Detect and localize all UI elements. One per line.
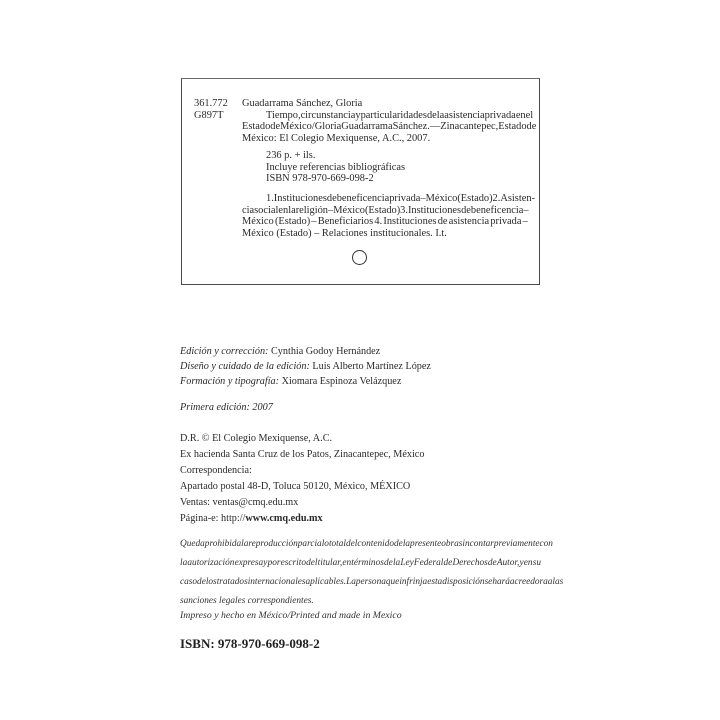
sales-line: Ventas: ventas@cmq.edu.mx bbox=[180, 495, 424, 511]
word: Derechos bbox=[452, 554, 487, 573]
card-notes: 236 p. + ils. Incluye referencias biblio… bbox=[266, 150, 405, 185]
word: beneficencia bbox=[337, 193, 390, 205]
word: infrinja bbox=[399, 573, 427, 592]
word: parcial bbox=[298, 535, 325, 554]
credit-typesetting: Formación y tipografía: Xiomara Espinoza… bbox=[180, 374, 431, 389]
word: Estado bbox=[498, 121, 526, 133]
catalog-card: 361.772 G897T Guadarrama Sánchez, Gloria… bbox=[181, 78, 540, 285]
word: asistencia bbox=[444, 110, 484, 122]
word: obra bbox=[441, 535, 459, 554]
word: por bbox=[268, 554, 281, 573]
word: México bbox=[426, 193, 458, 205]
word: persona bbox=[356, 573, 386, 592]
word: tratados bbox=[217, 573, 248, 592]
word: Guadarrama bbox=[341, 121, 392, 133]
legal-line: laautorizaciónexpresayporescritodeltitul… bbox=[180, 554, 541, 573]
credit-value: Luis Alberto Martínez López bbox=[312, 361, 431, 372]
credit-editing: Edición y corrección: Cynthia Godoy Hern… bbox=[180, 344, 431, 359]
web-url[interactable]: www.cmq.edu.mx bbox=[245, 513, 322, 524]
web-line: Página-e: http://www.cmq.edu.mx bbox=[180, 511, 424, 527]
word: total bbox=[329, 535, 346, 554]
legal-notice: Quedaprohibidalareproducciónparcialotota… bbox=[180, 535, 541, 611]
word: la bbox=[180, 554, 187, 573]
web-label: Página-e: http:// bbox=[180, 513, 245, 524]
word: 4. bbox=[374, 216, 382, 228]
word: privada bbox=[485, 110, 516, 122]
call-number-class: 361.772 bbox=[194, 98, 228, 110]
word: del bbox=[346, 535, 357, 554]
word: Queda bbox=[180, 535, 205, 554]
word: particularidades bbox=[361, 110, 427, 122]
word: Asisten- bbox=[500, 193, 535, 205]
subject-line: México (Estado) – Relaciones institucion… bbox=[242, 228, 528, 240]
call-number-cutter: G897T bbox=[194, 110, 228, 122]
word: términos bbox=[351, 554, 384, 573]
word: de bbox=[197, 573, 206, 592]
legal-line: sanciones legales correspondientes. bbox=[180, 592, 541, 611]
word: Instituciones bbox=[383, 216, 436, 228]
legal-line: Quedaprohibidalareproducciónparcialotota… bbox=[180, 535, 541, 554]
word: con bbox=[540, 535, 553, 554]
word: contenido bbox=[357, 535, 394, 554]
word: hará bbox=[492, 573, 510, 592]
word: La bbox=[346, 573, 356, 592]
word: Beneficiarios bbox=[318, 216, 373, 228]
word: la bbox=[288, 205, 296, 217]
word: previamente bbox=[494, 535, 540, 554]
word: México bbox=[280, 121, 312, 133]
word: – bbox=[523, 216, 528, 228]
credit-value: Cynthia Godoy Hernández bbox=[271, 346, 380, 357]
word: titular, bbox=[318, 554, 343, 573]
word: caso bbox=[180, 573, 197, 592]
credit-value: Xiomara Espinoza Velázquez bbox=[282, 376, 402, 387]
word: en bbox=[342, 554, 351, 573]
main-entry: Guadarrama Sánchez, Gloria Tiempo,circun… bbox=[242, 98, 528, 144]
word: disposición bbox=[442, 573, 484, 592]
word: Instituciones bbox=[408, 205, 461, 217]
title-line: México: El Colegio Mexiquense, A.C., 200… bbox=[242, 133, 528, 145]
word: contar bbox=[470, 535, 494, 554]
edition-note: Primera edición: 2007 bbox=[180, 402, 273, 413]
word: (Estado) bbox=[457, 193, 492, 205]
word: escrito bbox=[281, 554, 306, 573]
word: en bbox=[278, 205, 288, 217]
word: sin bbox=[459, 535, 470, 554]
word: de bbox=[384, 554, 393, 573]
credit-label: Diseño y cuidado de la edición: bbox=[180, 361, 310, 372]
printed-in-note: Impreso y hecho en México/Printed and ma… bbox=[180, 610, 402, 621]
word: de bbox=[488, 554, 497, 573]
word: expresa bbox=[235, 554, 264, 573]
credit-design: Diseño y cuidado de la edición: Luis Alb… bbox=[180, 359, 431, 374]
word: en bbox=[516, 110, 526, 122]
word: religión bbox=[296, 205, 328, 217]
credits: Edición y corrección: Cynthia Godoy Hern… bbox=[180, 344, 431, 389]
word: de bbox=[427, 110, 437, 122]
word: beneficencia bbox=[471, 205, 524, 217]
word: de bbox=[327, 193, 337, 205]
bibliography-note: Incluye referencias bibliográficas bbox=[266, 162, 405, 174]
word: asistencia bbox=[449, 216, 489, 228]
word: internacionales bbox=[248, 573, 306, 592]
word: 1. bbox=[266, 193, 274, 205]
word: reproducción bbox=[248, 535, 297, 554]
word: – bbox=[523, 205, 528, 217]
word: del bbox=[306, 554, 317, 573]
address-line: Ex hacienda Santa Cruz de los Patos, Zin… bbox=[180, 447, 424, 463]
word: Tiempo, bbox=[266, 110, 301, 122]
word: Estado bbox=[242, 121, 270, 133]
word: Autor, bbox=[497, 554, 519, 573]
word: circunstancia bbox=[301, 110, 356, 122]
word: autorización bbox=[187, 554, 234, 573]
word: la bbox=[241, 535, 248, 554]
word: Zinacantepec, bbox=[440, 121, 498, 133]
word: México bbox=[333, 205, 365, 217]
word: Instituciones bbox=[274, 193, 327, 205]
postal-line: Apartado postal 48-D, Toluca 50120, Méxi… bbox=[180, 479, 424, 495]
word: de bbox=[527, 121, 537, 133]
word: su bbox=[533, 554, 541, 573]
word: de bbox=[438, 216, 448, 228]
isbn: ISBN: 978-970-669-098-2 bbox=[180, 636, 320, 652]
call-number: 361.772 G897T bbox=[194, 98, 228, 121]
word: de bbox=[461, 205, 471, 217]
word: que bbox=[386, 573, 399, 592]
credit-label: Edición y corrección: bbox=[180, 346, 268, 357]
word: las bbox=[552, 573, 563, 592]
word: – bbox=[311, 216, 316, 228]
author: Guadarrama Sánchez, Gloria bbox=[242, 98, 528, 110]
legal-line: casodelostratadosinternacionalesaplicabl… bbox=[180, 573, 541, 592]
word: privada bbox=[389, 193, 420, 205]
copyright-line: D.R. © El Colegio Mexiquense, A.C. bbox=[180, 431, 424, 447]
word: privada bbox=[490, 216, 521, 228]
word: se bbox=[485, 573, 493, 592]
isbn-note: ISBN 978-970-669-098-2 bbox=[266, 173, 405, 185]
subject-line: 1.Institucionesdebeneficenciaprivada–Méx… bbox=[242, 193, 528, 205]
subject-line: ciasocialenlareligión–México(Estado)3.In… bbox=[242, 205, 528, 217]
correspondence-label: Correspondencia: bbox=[180, 463, 424, 479]
pagination-note: 236 p. + ils. bbox=[266, 150, 405, 162]
word: la bbox=[437, 110, 445, 122]
subject-line: México(Estado)–Beneficiarios4.Institucio… bbox=[242, 216, 528, 228]
title-line: EstadodeMéxico/GloriaGuadarramaSánchez.—… bbox=[242, 121, 528, 133]
credit-label: Formación y tipografía: bbox=[180, 376, 279, 387]
word: de bbox=[444, 554, 453, 573]
word: (Estado) bbox=[275, 216, 310, 228]
word: cia bbox=[242, 205, 254, 217]
word: los bbox=[206, 573, 217, 592]
word: Federal bbox=[414, 554, 443, 573]
card-punch-hole bbox=[352, 250, 367, 265]
title-line: Tiempo,circunstanciayparticularidadesdel… bbox=[242, 110, 528, 122]
word: México bbox=[242, 216, 274, 228]
word: 2. bbox=[493, 193, 501, 205]
word: de bbox=[270, 121, 280, 133]
word: (Estado) bbox=[365, 205, 400, 217]
word: en bbox=[524, 554, 533, 573]
subject-headings: 1.Institucionesdebeneficenciaprivada–Méx… bbox=[242, 193, 528, 239]
publisher-info: D.R. © El Colegio Mexiquense, A.C. Ex ha… bbox=[180, 431, 424, 527]
word: el bbox=[526, 110, 534, 122]
word: prohibida bbox=[205, 535, 241, 554]
word: aplicables. bbox=[306, 573, 347, 592]
word: 3. bbox=[400, 205, 408, 217]
word: acreedora bbox=[510, 573, 548, 592]
word: Sánchez.— bbox=[393, 121, 441, 133]
word: Gloria bbox=[315, 121, 342, 133]
word: de bbox=[394, 535, 403, 554]
word: presente bbox=[410, 535, 441, 554]
word: Ley bbox=[400, 554, 413, 573]
word: social bbox=[254, 205, 278, 217]
word: esta bbox=[427, 573, 442, 592]
word: la bbox=[403, 535, 410, 554]
